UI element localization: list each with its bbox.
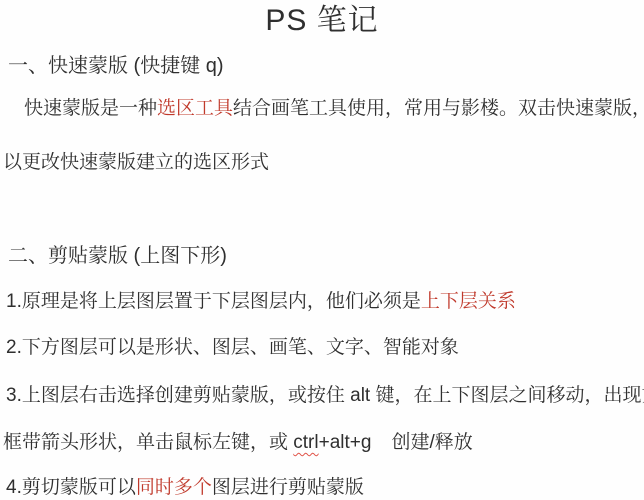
highlighted-text-selection-tool: 选区工具: [157, 98, 233, 119]
text-segment: 创建/释放: [391, 432, 472, 453]
text-segment: 图层进行剪贴蒙版: [212, 477, 364, 498]
section2-item1: 1.原理是将上层图层置于下层图层内，他们必须是上下层关系: [6, 288, 516, 316]
section1-heading: 一、快速蒙版 (快捷键 q): [8, 52, 224, 80]
section1-paragraph-line1: 快速蒙版是一种选区工具结合画笔工具使用，常用与影楼。双击快速蒙版，可: [24, 95, 644, 123]
text-segment: +alt+g: [319, 432, 372, 453]
text-segment: 框带箭头形状，单击鼠标左键，或: [3, 432, 293, 453]
section2-item2: 2.下方图层可以是形状、图层、画笔、文字、智能对象: [6, 334, 459, 362]
highlighted-text-multiple-layers: 同时多个: [136, 477, 212, 498]
text-segment: 4.剪切蒙版可以: [6, 477, 136, 498]
text-segment: 快速蒙版是一种: [24, 98, 157, 119]
section2-heading: 二、剪贴蒙版 (上图下形): [8, 242, 227, 270]
spellcheck-underlined-text: ctrl: [293, 432, 318, 453]
section2-item3-line2: 框带箭头形状，单击鼠标左键，或 ctrl+alt+g创建/释放: [3, 429, 473, 457]
section2-item4: 4.剪切蒙版可以同时多个图层进行剪贴蒙版: [6, 474, 364, 500]
section2-item3-line1: 3.上图层右击选择创建剪贴蒙版，或按住 alt 键，在上下图层之间移动，出现方: [6, 382, 644, 410]
document-page: PS 笔记 一、快速蒙版 (快捷键 q) 快速蒙版是一种选区工具结合画笔工具使用…: [0, 0, 644, 500]
text-segment: 1.原理是将上层图层置于下层图层内，他们必须是: [6, 291, 421, 312]
highlighted-text-layer-relation: 上下层关系: [421, 291, 516, 312]
text-segment: 结合画笔工具使用，常用与影楼。双击快速蒙版，可: [233, 98, 644, 119]
section1-paragraph-line2: 以更改快速蒙版建立的选区形式: [3, 149, 269, 177]
page-title: PS 笔记: [0, 2, 644, 40]
